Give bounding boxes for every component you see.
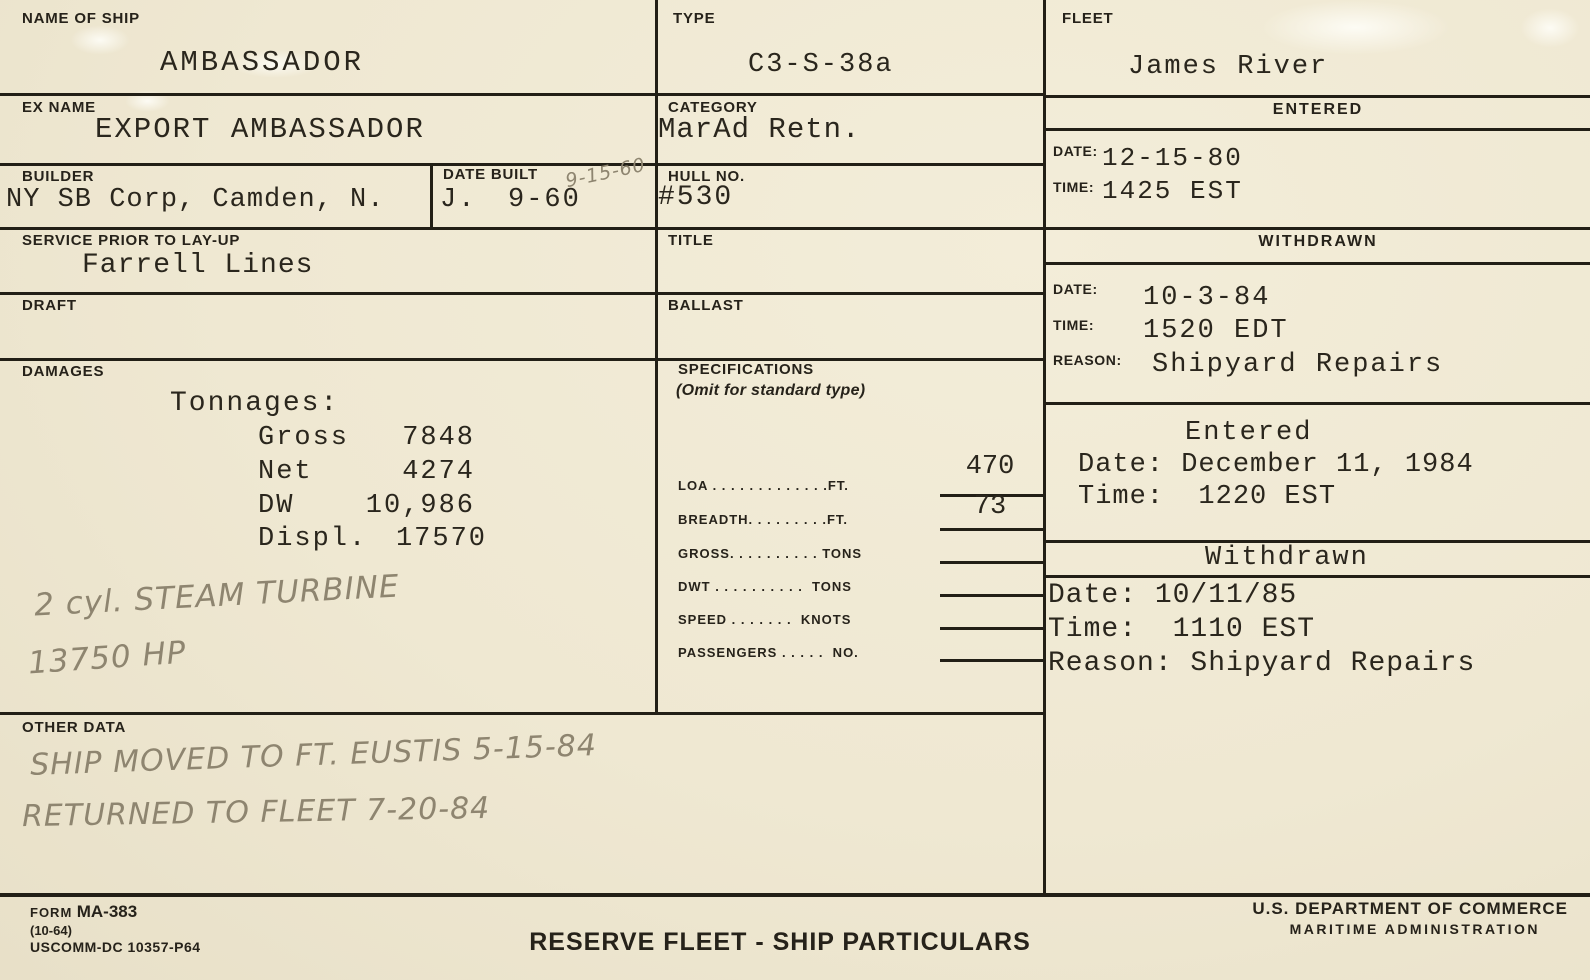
spec-row-gross: GROSS. . . . . . . . . . TONS [678,546,862,561]
tonnage-row-label: Gross [258,423,349,453]
divider [1043,128,1590,131]
spec-value-breadth: 73 [938,492,1042,522]
withdrawn-time-value: 1520 EDT [1143,316,1289,346]
form-word: FORM [30,905,72,920]
withdrawn-header: WITHDRAWN [1046,233,1590,251]
date-built-builder-overflow: J. [440,185,476,215]
divider [0,227,1590,230]
engine-note-line1: 2 cyl. STEAM TURBINE [33,568,400,623]
specifications-label: SPECIFICATIONS [678,361,814,378]
spec-underline-dwt [940,594,1043,597]
withdrawn-date-label: DATE: [1053,281,1098,297]
divider [430,163,433,229]
tonnage-row-label: Displ. [258,524,367,554]
entered-date-label: DATE: [1053,143,1098,159]
withdrawn-date-value: 10-3-84 [1143,283,1270,313]
engine-note-line2: 13750 HP [27,635,188,682]
divider [1043,262,1590,265]
builder-value: NY SB Corp, Camden, N. [6,185,384,215]
date-built-label: DATE BUILT [443,166,538,183]
divider [1043,575,1590,578]
typed-withdrawn-date: Date: 10/11/85 [1048,580,1297,611]
hull-no-value: #530 [658,182,733,213]
withdrawn-reason-label: REASON: [1053,352,1122,368]
service-prior-value: Farrell Lines [82,250,313,281]
specifications-sublabel: (Omit for standard type) [676,382,865,400]
other-data-label: OTHER DATA [22,719,126,736]
spec-value-loa: 470 [938,452,1042,482]
entered-time-value: 1425 EST [1102,176,1243,206]
agency-division: MARITIME ADMINISTRATION [1252,920,1540,938]
spec-row-passengers: PASSENGERS . . . . . NO. [678,645,859,660]
ship-particulars-card: NAME OF SHIP AMBASSADOR TYPE C3-S-38a FL… [0,0,1590,980]
spec-underline-passengers [940,659,1043,662]
damages-label: DAMAGES [22,363,104,380]
divider [0,93,1046,96]
typed-withdrawn-time: Time: 1110 EST [1048,614,1315,645]
other-data-line1: SHIP MOVED TO FT. EUSTIS 5-15-84 [30,728,598,783]
spec-underline-speed [940,627,1043,630]
spec-row-speed: SPEED . . . . . . . KNOTS [678,612,851,627]
divider [0,712,1046,715]
fleet-label: FLEET [1062,10,1114,27]
tonnage-row-value: 7848 [340,423,475,453]
spec-underline-breadth [940,528,1043,531]
tonnage-row-value: 4274 [340,457,475,487]
spec-underline-gross [940,561,1043,564]
withdrawn-reason-value: Shipyard Repairs [1152,350,1443,380]
divider [1043,402,1590,405]
agency-name: U.S. DEPARTMENT OF COMMERCE [1252,898,1568,920]
agency-block: U.S. DEPARTMENT OF COMMERCE MARITIME ADM… [1252,898,1568,938]
spec-row-dwt: DWT . . . . . . . . . . TONS [678,579,852,594]
typed-entered-heading: Entered [1185,418,1312,448]
other-data-line2: RETURNED TO FLEET 7-20-84 [22,791,491,834]
fleet-value: James River [1128,52,1328,82]
withdrawn-time-label: TIME: [1053,317,1094,333]
typed-entered-time: Time: 1220 EST [1078,482,1336,512]
tonnage-row-value: 17570 [352,524,487,554]
tonnage-row-label: Net [258,457,313,487]
divider [0,893,1590,897]
paper-scuff [1260,0,1450,55]
ballast-label: BALLAST [668,297,744,314]
entered-header: ENTERED [1046,101,1590,119]
tonnage-row-value: 10,986 [340,491,475,521]
paper-scuff [70,25,130,55]
spec-row-breadth: BREADTH. . . . . . . . .FT. [678,512,848,527]
typed-withdrawn-heading: Withdrawn [1205,543,1369,573]
tonnages-heading: Tonnages: [170,388,339,419]
divider [0,292,1046,295]
divider [1043,95,1590,98]
category-value: MarAd Retn. [658,113,860,146]
type-value: C3-S-38a [748,50,894,80]
paper-scuff [1520,8,1580,48]
spec-row-loa: LOA . . . . . . . . . . . . .FT. [678,478,849,493]
title-label: TITLE [668,232,714,249]
name-of-ship-value: AMBASSADOR [160,46,364,79]
ex-name-value: EXPORT AMBASSADOR [95,113,425,146]
divider [0,358,1046,361]
form-number: MA-383 [77,902,137,921]
entered-date-value: 12-15-80 [1102,143,1243,173]
entered-time-label: TIME: [1053,179,1094,195]
type-label: TYPE [673,10,715,27]
date-built-value: 9-60 [508,185,581,215]
tonnage-row-label: DW [258,491,294,521]
typed-entered-date: Date: December 11, 1984 [1078,450,1474,480]
typed-withdrawn-reason: Reason: Shipyard Repairs [1048,648,1475,679]
draft-label: DRAFT [22,297,77,314]
ex-name-label: EX NAME [22,99,96,116]
divider [655,0,658,713]
name-of-ship-label: NAME OF SHIP [22,10,140,27]
builder-label: BUILDER [22,168,94,185]
divider [1043,0,1046,895]
service-prior-label: SERVICE PRIOR TO LAY-UP [22,232,240,249]
